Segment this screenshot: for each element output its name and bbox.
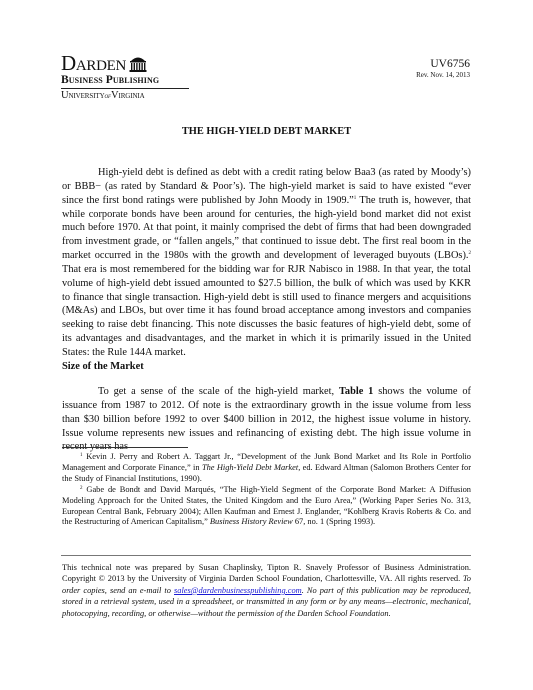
- logo-darden-text: Darden: [61, 54, 126, 73]
- footnote-ref-2[interactable]: 2: [469, 251, 472, 256]
- size-paragraph: To get a sense of the scale of the high-…: [62, 385, 471, 454]
- revision-date: Rev. Nov. 14, 2013: [416, 71, 470, 80]
- logo-business-publishing: Business Publishing: [61, 74, 189, 89]
- footnote-2: 2 Gabe de Bondt and David Marqués, “The …: [62, 485, 471, 529]
- table-reference: Table 1: [339, 386, 373, 397]
- document-id-block: UV6756 Rev. Nov. 14, 2013: [416, 58, 470, 80]
- document-code: UV6756: [416, 58, 470, 71]
- darden-logo: Darden Business Publishing UniversityofV…: [61, 54, 189, 103]
- copyright-divider: [61, 555, 471, 556]
- footnotes: 1 Kevin J. Perry and Robert A. Taggart J…: [62, 452, 471, 528]
- page-title: THE HIGH-YIELD DEBT MARKET: [0, 125, 533, 138]
- rotunda-icon: [129, 55, 147, 72]
- footnote-1: 1 Kevin J. Perry and Robert A. Taggart J…: [62, 452, 471, 485]
- sales-email-link[interactable]: sales@dardenbusinesspublishing.com: [174, 586, 302, 595]
- logo-university: UniversityofVirginia: [61, 89, 189, 103]
- copyright-notice: This technical note was prepared by Susa…: [62, 562, 471, 619]
- footnote-divider: [62, 447, 188, 448]
- intro-paragraph: High-yield debt is defined as debt with …: [62, 166, 471, 360]
- section-heading: Size of the Market: [62, 360, 144, 373]
